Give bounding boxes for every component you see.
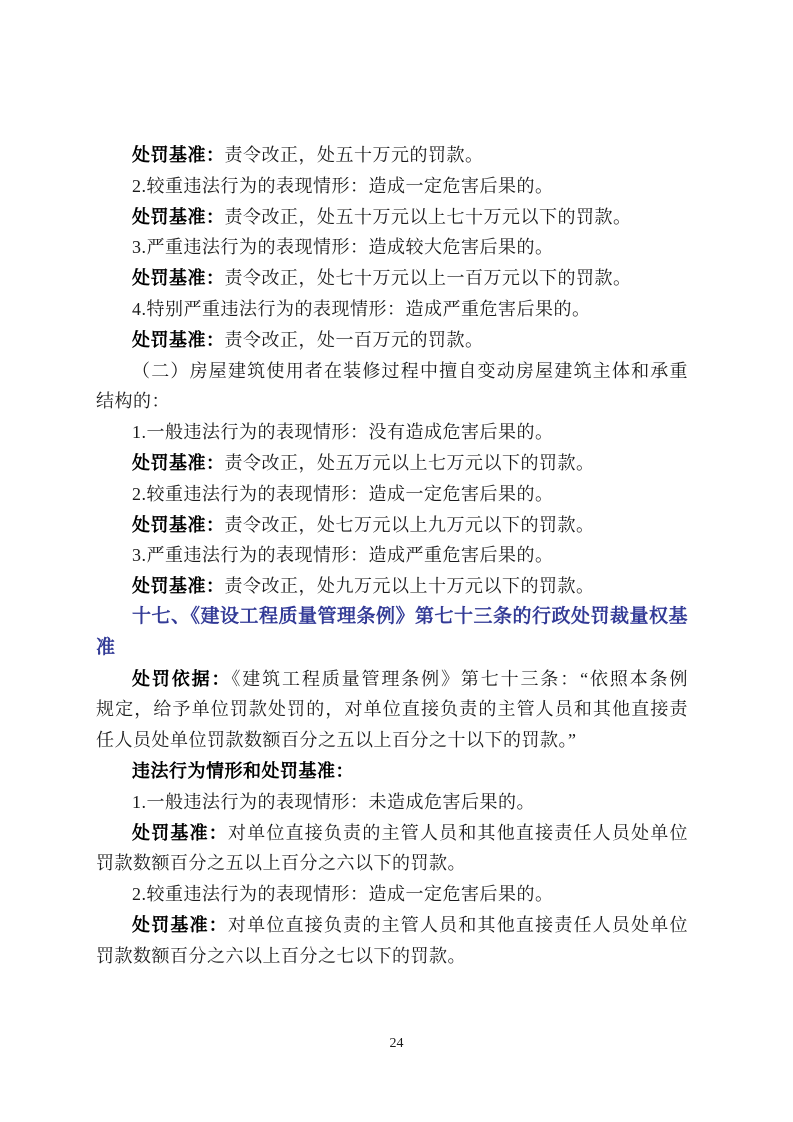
bold-label: 处罚基准： <box>132 145 225 165</box>
text-run: 责令改正，处一百万元的罚款。 <box>225 330 484 350</box>
text-line: 4.特别严重违法行为的表现情形：造成严重危害后果的。 <box>96 294 688 325</box>
text-line: 处罚依据：《建筑工程质量管理条例》第七十三条：“依照本条例 <box>96 664 688 695</box>
text-run: 罚款数额百分之六以上百分之七以下的罚款。 <box>96 946 466 966</box>
text-run: 1.一般违法行为的表现情形：没有造成危害后果的。 <box>132 422 554 442</box>
text-line: 处罚基准：责令改正，处七万元以上九万元以下的罚款。 <box>96 510 688 541</box>
text-run: 对单位直接负责的主管人员和其他直接责任人员处单位 <box>228 915 688 935</box>
text-line: 处罚基准：责令改正，处七十万元以上一百万元以下的罚款。 <box>96 263 688 294</box>
text-run: 准 <box>96 637 116 658</box>
text-run: 1.一般违法行为的表现情形：未造成危害后果的。 <box>132 792 535 812</box>
bold-label: 处罚基准： <box>132 330 225 350</box>
text-line: （二）房屋建筑使用者在装修过程中擅自变动房屋建筑主体和承重 <box>96 356 688 387</box>
text-run: （二）房屋建筑使用者在装修过程中擅自变动房屋建筑主体和承重 <box>132 361 688 381</box>
bold-label: 处罚基准： <box>132 823 228 843</box>
text-run: 2.较重违法行为的表现情形：造成一定危害后果的。 <box>132 484 554 504</box>
text-line: 罚款数额百分之五以上百分之六以下的罚款。 <box>96 848 688 879</box>
bold-label: 处罚基准： <box>132 453 225 473</box>
document-body: 处罚基准：责令改正，处五十万元的罚款。2.较重违法行为的表现情形：造成一定危害后… <box>96 140 688 972</box>
text-line: 罚款数额百分之六以上百分之七以下的罚款。 <box>96 941 688 972</box>
text-run: 结构的： <box>96 391 170 411</box>
text-line: 2.较重违法行为的表现情形：造成一定危害后果的。 <box>96 479 688 510</box>
text-run: 3.严重违法行为的表现情形：造成较大危害后果的。 <box>132 237 554 257</box>
bold-label: 处罚基准： <box>132 268 225 288</box>
bold-label: 处罚基准： <box>132 207 225 227</box>
text-run: 3.严重违法行为的表现情形：造成严重危害后果的。 <box>132 545 554 565</box>
text-line: 处罚基准：责令改正，处五十万元以上七十万元以下的罚款。 <box>96 202 688 233</box>
text-run: 2.较重违法行为的表现情形：造成一定危害后果的。 <box>132 176 554 196</box>
text-run: 责令改正，处七万元以上九万元以下的罚款。 <box>225 515 595 535</box>
text-run: 责令改正，处七十万元以上一百万元以下的罚款。 <box>225 268 632 288</box>
text-run: 罚款数额百分之五以上百分之六以下的罚款。 <box>96 853 466 873</box>
text-line: 处罚基准：对单位直接负责的主管人员和其他直接责任人员处单位 <box>96 818 688 849</box>
bold-label: 处罚基准： <box>132 915 228 935</box>
bold-label: 违法行为情形和处罚基准： <box>132 761 354 781</box>
text-line: 1.一般违法行为的表现情形：未造成危害后果的。 <box>96 787 688 818</box>
text-run: 规定，给予单位罚款处罚的，对单位直接负责的主管人员和其他直接责 <box>96 699 688 719</box>
text-line: 违法行为情形和处罚基准： <box>96 756 688 787</box>
bold-label: 处罚基准： <box>132 515 225 535</box>
text-line: 2.较重违法行为的表现情形：造成一定危害后果的。 <box>96 171 688 202</box>
text-line: 任人员处单位罚款数额百分之五以上百分之十以下的罚款。” <box>96 725 688 756</box>
document-page: 处罚基准：责令改正，处五十万元的罚款。2.较重违法行为的表现情形：造成一定危害后… <box>0 0 793 1122</box>
text-run: 责令改正，处九万元以上十万元以下的罚款。 <box>225 576 595 596</box>
text-line: 处罚基准：责令改正，处五万元以上七万元以下的罚款。 <box>96 448 688 479</box>
text-run: 对单位直接负责的主管人员和其他直接责任人员处单位 <box>228 823 688 843</box>
text-run: 责令改正，处五万元以上七万元以下的罚款。 <box>225 453 595 473</box>
text-line: 结构的： <box>96 386 688 417</box>
text-line: 处罚基准：责令改正，处一百万元的罚款。 <box>96 325 688 356</box>
text-run: 《建筑工程质量管理条例》第七十三条：“依照本条例 <box>231 669 688 689</box>
section-heading-line: 准 <box>96 633 688 664</box>
text-line: 处罚基准：责令改正，处九万元以上十万元以下的罚款。 <box>96 571 688 602</box>
text-line: 处罚基准：对单位直接负责的主管人员和其他直接责任人员处单位 <box>96 910 688 941</box>
text-run: 责令改正，处五十万元的罚款。 <box>225 145 484 165</box>
bold-label: 处罚依据： <box>132 669 231 689</box>
text-line: 处罚基准：责令改正，处五十万元的罚款。 <box>96 140 688 171</box>
text-line: 1.一般违法行为的表现情形：没有造成危害后果的。 <box>96 417 688 448</box>
text-line: 3.严重违法行为的表现情形：造成严重危害后果的。 <box>96 540 688 571</box>
text-run: 任人员处单位罚款数额百分之五以上百分之十以下的罚款。” <box>96 730 577 750</box>
text-line: 2.较重违法行为的表现情形：造成一定危害后果的。 <box>96 879 688 910</box>
text-run: 责令改正，处五十万元以上七十万元以下的罚款。 <box>225 207 632 227</box>
text-line: 3.严重违法行为的表现情形：造成较大危害后果的。 <box>96 232 688 263</box>
text-line: 规定，给予单位罚款处罚的，对单位直接负责的主管人员和其他直接责 <box>96 694 688 725</box>
text-run: 十七、《建设工程质量管理条例》第七十三条的行政处罚裁量权基 <box>132 606 688 627</box>
bold-label: 处罚基准： <box>132 576 225 596</box>
text-run: 2.较重违法行为的表现情形：造成一定危害后果的。 <box>132 884 554 904</box>
page-number: 24 <box>0 1036 793 1052</box>
section-heading-line: 十七、《建设工程质量管理条例》第七十三条的行政处罚裁量权基 <box>96 602 688 633</box>
text-run: 4.特别严重违法行为的表现情形：造成严重危害后果的。 <box>132 299 591 319</box>
